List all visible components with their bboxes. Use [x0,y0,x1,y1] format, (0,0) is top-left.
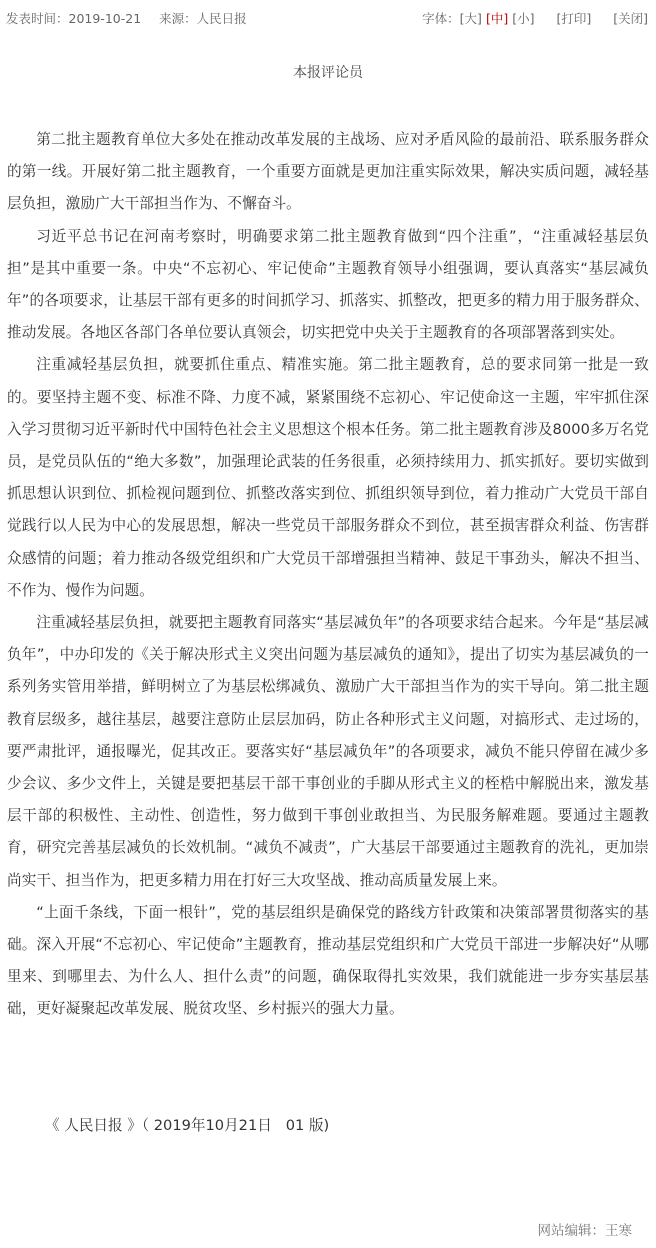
print-button[interactable]: [打印] [556,11,591,26]
close-button[interactable]: [关闭] [613,11,648,26]
publish-date: 发表时间：2019-10-21 [6,11,141,26]
article-paragraph: 注重减轻基层负担，就要把主题教育同落实“基层减负年”的各项要求结合起来。今年是“… [7,607,649,897]
article-meta-bar: 发表时间：2019-10-21 来源：人民日报 字体：[大][中][小][打印]… [6,8,648,30]
font-size-large-button[interactable]: [大] [460,11,482,26]
site-editor: 网站编辑：王寒 [538,1221,633,1241]
article-paragraph: 注重减轻基层负担，就要抓住重点、精准实施。第二批主题教育，总的要求同第一批是一致… [7,349,649,607]
article-body: 第二批主题教育单位大多处在推动改革发展的主战场、应对矛盾风险的最前沿、联系服务群… [7,124,649,1026]
article-author: 本报评论员 [0,62,656,84]
article-tools: 字体：[大][中][小][打印][关闭] [422,8,648,30]
font-size-medium-button[interactable]: [中] [486,11,508,26]
article-source-line: 《 人民日报 》（ 2019年10月21日 01 版) [45,1114,329,1138]
article-paragraph: 习近平总书记在河南考察时，明确要求第二批主题教育做到“四个注重”，“注重减轻基层… [7,221,649,350]
article-source: 来源：人民日报 [159,11,247,26]
font-size-label: 字体： [422,11,460,26]
article-meta-info: 发表时间：2019-10-21 来源：人民日报 [6,8,261,30]
article-paragraph: 第二批主题教育单位大多处在推动改革发展的主战场、应对矛盾风险的最前沿、联系服务群… [7,124,649,221]
article-paragraph: “上面千条线，下面一根针”，党的基层组织是确保党的路线方针政策和决策部署贯彻落实… [7,897,649,1026]
font-size-small-button[interactable]: [小] [512,11,534,26]
